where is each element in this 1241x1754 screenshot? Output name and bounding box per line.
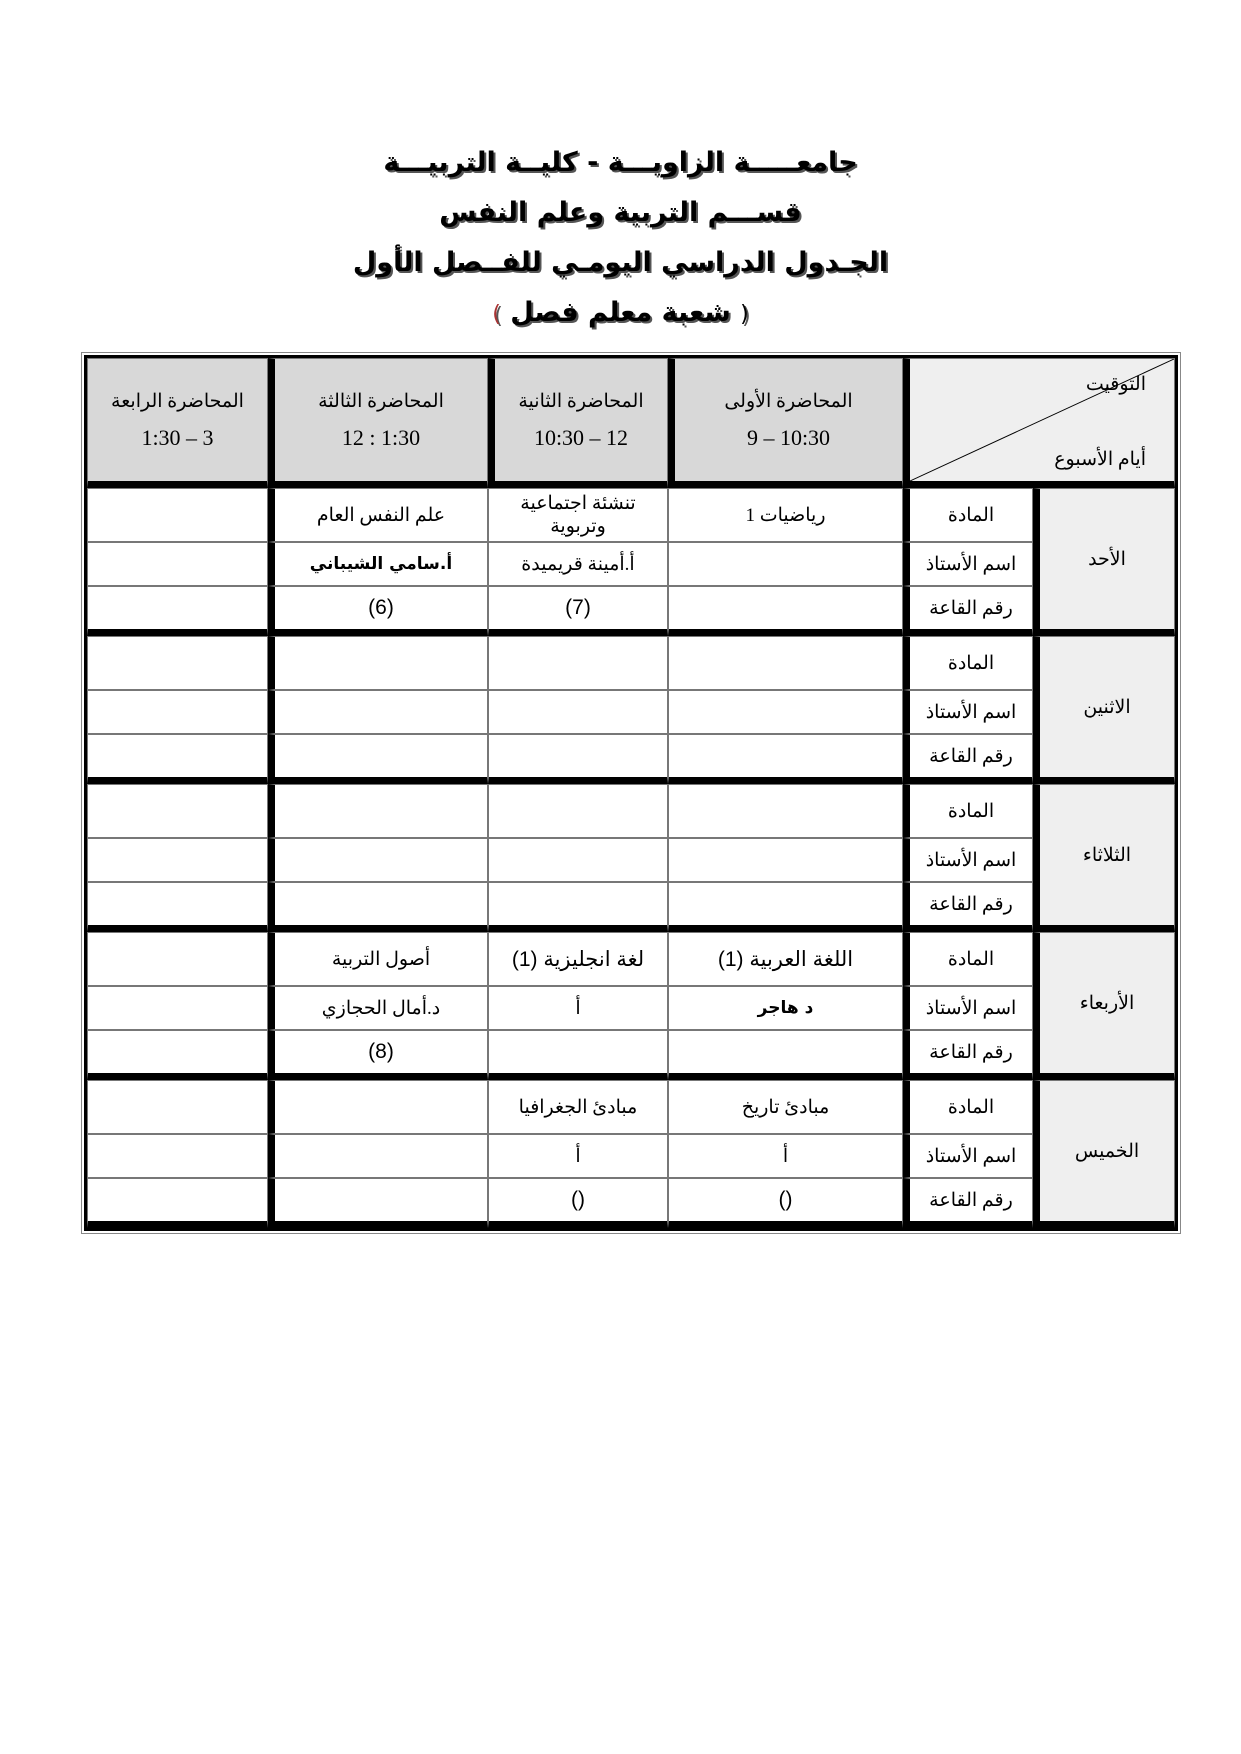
table-row: الاثنينالمادة [87,636,1175,690]
schedule-cell [668,838,903,882]
schedule-cell: لغة انجليزية (1) [488,932,668,986]
schedule-cell [87,986,268,1030]
row-label: المادة [903,932,1033,986]
schedule-cell [488,882,668,932]
schedule-cell [87,784,268,838]
lecture-3-header: المحاضرة الثالثة12 : 1:30 [268,358,488,488]
schedule-cell [268,690,488,734]
schedule-cell [668,586,903,636]
schedule-cell [87,1080,268,1134]
schedule-cell [87,586,268,636]
lecture-1-header: المحاضرة الأولى9 – 10:30 [668,358,903,488]
schedule-cell [668,1030,903,1080]
schedule-cell [668,882,903,932]
table-row: اسم الأستاذ [87,690,1175,734]
table-row: رقم القاعة(8) [87,1030,1175,1080]
table-row: رقم القاعة [87,882,1175,932]
schedule-cell: علم النفس العام [268,488,488,542]
schedule-cell [87,932,268,986]
schedule-cell: د هاجر [668,986,903,1030]
schedule-cell: أ.سامي الشيباني [268,542,488,586]
row-label: اسم الأستاذ [903,986,1033,1030]
table-row: اسم الأستاذأأ [87,1134,1175,1178]
schedule-cell [268,1080,488,1134]
row-label: المادة [903,784,1033,838]
schedule-cell: مبادئ تاريخ [668,1080,903,1134]
row-label: اسم الأستاذ [903,1134,1033,1178]
table-row: اسم الأستاذد هاجرأد.أمال الحجازي [87,986,1175,1030]
schedule-cell [87,636,268,690]
schedule-cell [87,882,268,932]
section-title: ( شعبة معلم فصل ) [0,288,1241,338]
schedule-cell [488,734,668,784]
day-cell: الثلاثاء [1033,784,1175,932]
schedule-cell: أ.أمينة قريميدة [488,542,668,586]
row-label: رقم القاعة [903,1030,1033,1080]
schedule-cell [87,1134,268,1178]
university-title: جامعـــــة الزاويـــة - كليــة التربيـــ… [0,138,1241,188]
table-row: رقم القاعة(7)(6) [87,586,1175,636]
schedule-cell [488,1030,668,1080]
schedule-cell: أ [488,986,668,1030]
schedule-cell: (6) [268,586,488,636]
row-label: رقم القاعة [903,1178,1033,1228]
schedule-cell: د.أمال الحجازي [268,986,488,1030]
schedule-cell [488,838,668,882]
schedule-cell [488,636,668,690]
schedule-cell [668,636,903,690]
schedule-cell [668,784,903,838]
schedule-cell: (8) [268,1030,488,1080]
table-row: الخميسالمادةمبادئ تاريخمبادئ الجغرافيا [87,1080,1175,1134]
department-title: قســـم التربية وعلم النفس [0,188,1241,238]
schedule-title: الجـدول الدراسي اليومـي للفــصل الأول [0,238,1241,288]
schedule-table: التوقيت أيام الأسبوع المحاضرة الأولى9 – … [84,355,1178,1231]
schedule-cell: أ [668,1134,903,1178]
schedule-cell [268,636,488,690]
row-label: المادة [903,636,1033,690]
row-label: المادة [903,488,1033,542]
table-row: الأربعاءالمادةاللغة العربية (1)لغة انجلي… [87,932,1175,986]
row-label: رقم القاعة [903,586,1033,636]
schedule-cell [87,690,268,734]
row-label: رقم القاعة [903,734,1033,784]
schedule-cell [668,690,903,734]
table-row: رقم القاعة()() [87,1178,1175,1228]
schedule-cell [268,1134,488,1178]
schedule-cell [87,1030,268,1080]
day-cell: الاثنين [1033,636,1175,784]
schedule-cell [268,882,488,932]
schedule-cell [668,542,903,586]
row-label: اسم الأستاذ [903,690,1033,734]
schedule-cell: () [488,1178,668,1228]
schedule-cell: مبادئ الجغرافيا [488,1080,668,1134]
day-cell: الأربعاء [1033,932,1175,1080]
day-cell: الخميس [1033,1080,1175,1228]
row-label: رقم القاعة [903,882,1033,932]
table-row: اسم الأستاذ [87,838,1175,882]
corner-cell: التوقيت أيام الأسبوع [903,358,1175,488]
schedule-cell: () [668,1178,903,1228]
schedule-cell [268,1178,488,1228]
schedule-cell [268,734,488,784]
row-label: اسم الأستاذ [903,542,1033,586]
schedule-cell: (7) [488,586,668,636]
table-row: الثلاثاءالمادة [87,784,1175,838]
day-cell: الأحد [1033,488,1175,636]
schedule-cell [87,838,268,882]
lecture-2-header: المحاضرة الثانية10:30 – 12 [488,358,668,488]
schedule-cell [87,1178,268,1228]
row-label: المادة [903,1080,1033,1134]
schedule-cell [268,838,488,882]
schedule-cell: أصول التربية [268,932,488,986]
schedule-cell [87,488,268,542]
schedule-cell [488,784,668,838]
schedule-cell [87,734,268,784]
table-row: رقم القاعة [87,734,1175,784]
schedule-cell [87,542,268,586]
row-label: اسم الأستاذ [903,838,1033,882]
schedule-cell [268,784,488,838]
schedule-cell: اللغة العربية (1) [668,932,903,986]
schedule-cell [668,734,903,784]
header-row: التوقيت أيام الأسبوع المحاضرة الأولى9 – … [87,358,1175,488]
table-row: اسم الأستاذأ.أمينة قريميدةأ.سامي الشيبان… [87,542,1175,586]
schedule-cell: أ [488,1134,668,1178]
schedule-cell: رياضيات 1 [668,488,903,542]
table-row: الأحدالمادةرياضيات 1تنشئة اجتماعية وتربو… [87,488,1175,542]
document-header: جامعـــــة الزاويـــة - كليــة التربيـــ… [0,138,1241,338]
lecture-4-header: المحاضرة الرابعة1:30 – 3 [87,358,268,488]
schedule-cell: تنشئة اجتماعية وتربوية [488,488,668,542]
schedule-cell [488,690,668,734]
